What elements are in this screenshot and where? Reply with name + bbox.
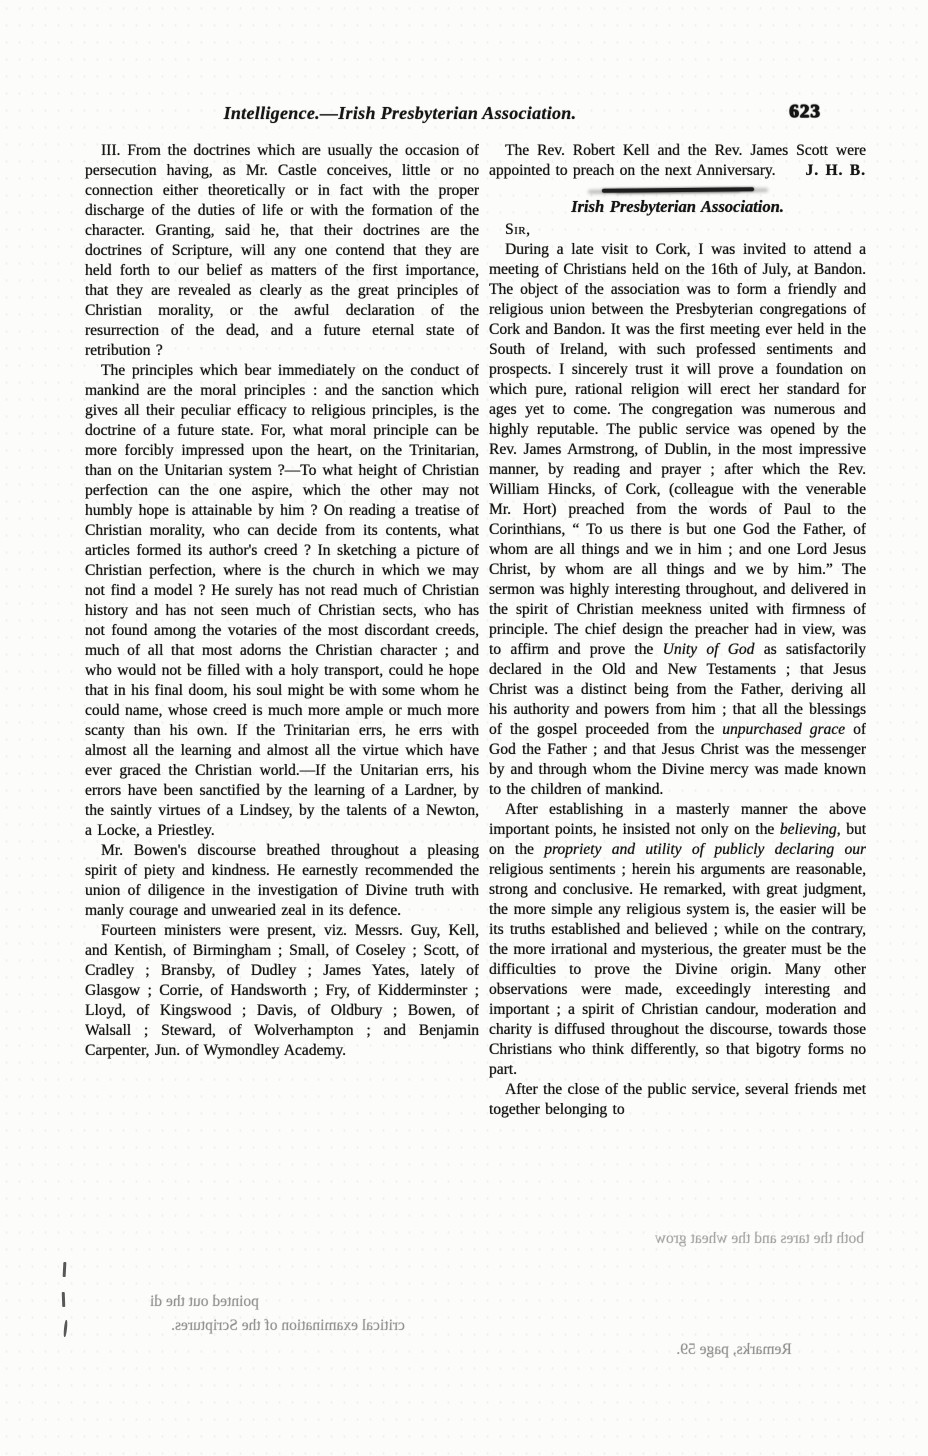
margin-mark: [62, 1292, 66, 1307]
paragraph: After the close of the public service, s…: [489, 1080, 866, 1120]
paragraph: The principles which bear immediately on…: [85, 361, 479, 841]
bleedthrough-text: critical examination of the Scriptures.: [102, 1316, 474, 1336]
scanned-document-page: Intelligence.—Irish Presbyterian Associa…: [0, 0, 928, 1456]
page-number: 623: [770, 101, 840, 123]
section-heading: Irish Presbyterian Association.: [489, 197, 866, 217]
bleedthrough-text: Remarks, page 59.: [608, 1340, 860, 1360]
left-text-column: III. From the doctrines which are usuall…: [85, 141, 479, 1441]
paragraph: III. From the doctrines which are usuall…: [85, 141, 479, 361]
bleedthrough-text: pointed out the di: [150, 1292, 480, 1312]
correspondent-initials: J. H. B.: [805, 161, 866, 181]
paragraph: Fourteen ministers were present, viz. Me…: [85, 921, 479, 1061]
salutation: Sir,: [489, 220, 866, 240]
paragraph: Mr. Bowen's discourse breathed throughou…: [85, 841, 479, 921]
paragraph-continuation: The Rev. Robert Kell and the Rev. James …: [489, 141, 866, 181]
running-head-title: Intelligence.—Irish Presbyterian Associa…: [120, 103, 680, 124]
margin-mark: [63, 1262, 67, 1277]
section-divider-rule: [601, 187, 753, 193]
paragraph: After establishing in a masterly manner …: [489, 800, 866, 1080]
paragraph: During a late visit to Cork, I was invit…: [489, 240, 866, 800]
bleedthrough-text: both the tares and the wheat grow: [492, 1229, 864, 1249]
margin-mark: [63, 1320, 68, 1337]
